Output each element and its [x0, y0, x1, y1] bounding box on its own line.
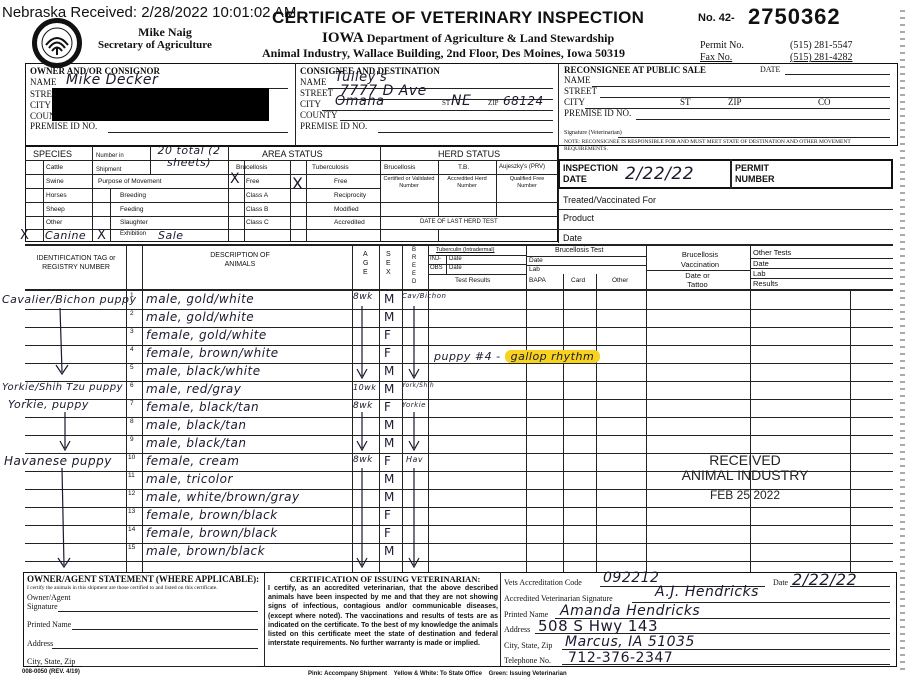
stamp-date: FEB 25 2022 [660, 488, 830, 503]
owner-city-label: City, State, Zip [27, 657, 75, 666]
owner-agent-label: Owner/Agent [27, 593, 71, 602]
owner-statement-text: I certify the animals in this shipment a… [27, 585, 218, 591]
received-stamp: RECEIVED ANIMAL INDUSTRY FEB 25 2022 [660, 453, 830, 503]
owner-address-label: Address [27, 639, 53, 648]
vet-signature-label: Accredited Veterinarian Signature [504, 594, 613, 603]
vet-phone-label: Telephone No. [504, 656, 551, 665]
vet-city-label: City, State, Zip [504, 641, 552, 650]
owner-printed-name-label: Printed Name [27, 620, 71, 629]
stamp-animal-industry: ANIMAL INDUSTRY [660, 468, 830, 483]
vet-date-label: Date [773, 578, 788, 587]
copy-distribution: Pink: Accompany Shipment Yellow & White:… [308, 671, 567, 677]
owner-statement-heading: OWNER/AGENT STATEMENT (WHERE APPLICABLE)… [27, 574, 259, 584]
vet-city[interactable]: Marcus, IA 51035 [565, 634, 695, 650]
stamp-received: RECEIVED [660, 453, 830, 468]
owner-signature-label: Signature [27, 602, 58, 611]
vet-address-label: Address [504, 625, 530, 634]
vet-cert-heading: CERTIFICATION OF ISSUING VETERINARIAN: [280, 574, 490, 584]
vet-code-value[interactable]: 092212 [603, 570, 659, 586]
form-number: 008-0050 (REV. 4/19) [22, 669, 80, 675]
vet-code-label: Vets Accreditation Code [504, 578, 582, 587]
vet-signature[interactable]: A.J. Hendricks [655, 584, 759, 600]
scan-edge-artifact [900, 10, 905, 670]
vet-cert-text: I certify, as an accredited veterinarian… [268, 584, 498, 648]
